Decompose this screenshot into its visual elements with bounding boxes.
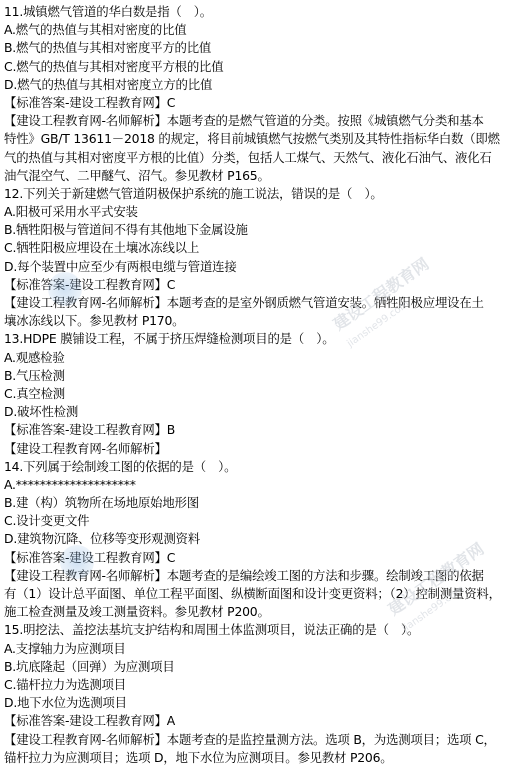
teacher-analysis: 【建设工程教育网-名师解析】	[4, 440, 505, 458]
option-a: A.燃气的热值与其相对密度的比值	[4, 21, 505, 39]
standard-answer: 【标准答案-建设工程教育网】C	[4, 276, 505, 294]
question-stem: 11.城镇燃气管道的华白数是指（ ）。	[4, 3, 505, 21]
question-stem: 14.下列属于绘制竣工图的依据的是（ ）。	[4, 458, 505, 476]
analysis-line: 锚杆拉力为应测项目；选项 D，地下水位为应测项目。参见教材 P206。	[4, 749, 505, 767]
analysis-line: 有（1）设计总平面图、单位工程平面图、纵横断面图和设计变更资料；（2）控制测量资…	[4, 585, 505, 603]
question-stem: 15.明挖法、盖挖法基坑支护结构和周围土体监测项目，说法正确的是（ ）。	[4, 621, 505, 639]
analysis-line: 【建设工程教育网-名师解析】本题考查的是室外钢质燃气管道安装。牺牲阳极应埋设在土	[4, 294, 505, 312]
teacher-analysis: 【建设工程教育网-名师解析】本题考查的是编绘竣工图的方法和步骤。绘制竣工图的依据…	[4, 567, 505, 622]
standard-answer: 【标准答案-建设工程教育网】C	[4, 94, 505, 112]
analysis-line: 【建设工程教育网-名师解析】	[4, 440, 505, 458]
analysis-line: 【建设工程教育网-名师解析】本题考查的是燃气管道的分类。按照《城镇燃气分类和基本	[4, 112, 505, 130]
option-a: A.支撑轴力为应测项目	[4, 640, 505, 658]
question-stem: 12.下列关于新建燃气管道阴极保护系统的施工说法，错误的是（ ）。	[4, 185, 505, 203]
option-a: A.观感检验	[4, 349, 505, 367]
analysis-line: 【建设工程教育网-名师解析】本题考查的是编绘竣工图的方法和步骤。绘制竣工图的依据	[4, 567, 505, 585]
teacher-analysis: 【建设工程教育网-名师解析】本题考查的是燃气管道的分类。按照《城镇燃气分类和基本…	[4, 112, 505, 185]
document-page: 11.城镇燃气管道的华白数是指（ ）。 A.燃气的热值与其相对密度的比值 B.燃…	[4, 3, 505, 767]
question-stem: 13.HDPE 膜铺设工程，不属于挤压焊缝检测项目的是（ ）。	[4, 330, 505, 348]
option-c: C.真空检测	[4, 385, 505, 403]
option-c: C.锚杆拉力为选测项目	[4, 676, 505, 694]
analysis-line: 特性》GB/T 13611－2018 的规定，将目前城镇燃气按燃气类别及其特性指…	[4, 130, 505, 148]
option-b: B.牺牲阳极与管道间不得有其他地下金属设施	[4, 221, 505, 239]
option-b: B.燃气的热值与其相对密度平方的比值	[4, 39, 505, 57]
option-d: D.燃气的热值与其相对密度立方的比值	[4, 76, 505, 94]
standard-answer: 【标准答案-建设工程教育网】C	[4, 549, 505, 567]
option-a: A.阳极可采用水平式安装	[4, 203, 505, 221]
option-d: D.建筑物沉降、位移等变形观测资料	[4, 530, 505, 548]
question-13: 13.HDPE 膜铺设工程，不属于挤压焊缝检测项目的是（ ）。 A.观感检验 B…	[4, 330, 505, 457]
option-d: D.地下水位为选测项目	[4, 694, 505, 712]
option-b: B.建（构）筑物所在场地原始地形图	[4, 494, 505, 512]
analysis-line: 气的热值与其相对密度平方根的比值）分类，包括人工煤气、天然气、液化石油气、液化石	[4, 149, 505, 167]
standard-answer: 【标准答案-建设工程教育网】A	[4, 712, 505, 730]
option-b: B.坑底隆起（回弹）为应测项目	[4, 658, 505, 676]
standard-answer: 【标准答案-建设工程教育网】B	[4, 421, 505, 439]
option-c: C.燃气的热值与其相对密度平方根的比值	[4, 58, 505, 76]
analysis-line: 油气混空气、二甲醚气、沼气。参见教材 P165。	[4, 167, 505, 185]
question-11: 11.城镇燃气管道的华白数是指（ ）。 A.燃气的热值与其相对密度的比值 B.燃…	[4, 3, 505, 185]
teacher-analysis: 【建设工程教育网-名师解析】本题考查的是监控量测方法。选项 B，为选测项目；选项…	[4, 731, 505, 767]
option-a: A.********************	[4, 476, 505, 494]
option-c: C.牺牲阳极应埋设在土壤冰冻线以上	[4, 239, 505, 257]
option-d: D.破坏性检测	[4, 403, 505, 421]
question-15: 15.明挖法、盖挖法基坑支护结构和周围土体监测项目，说法正确的是（ ）。 A.支…	[4, 621, 505, 767]
analysis-line: 施工检查测量及竣工测量资料。参见教材 P200。	[4, 603, 505, 621]
analysis-line: 【建设工程教育网-名师解析】本题考查的是监控量测方法。选项 B，为选测项目；选项…	[4, 731, 505, 749]
teacher-analysis: 【建设工程教育网-名师解析】本题考查的是室外钢质燃气管道安装。牺牲阳极应埋设在土…	[4, 294, 505, 330]
option-d: D.每个装置中应至少有两根电缆与管道连接	[4, 258, 505, 276]
question-14: 14.下列属于绘制竣工图的依据的是（ ）。 A.****************…	[4, 458, 505, 622]
option-c: C.设计变更文件	[4, 512, 505, 530]
analysis-line: 壤冰冻线以下。参见教材 P170。	[4, 312, 505, 330]
option-b: B.气压检测	[4, 367, 505, 385]
question-12: 12.下列关于新建燃气管道阴极保护系统的施工说法，错误的是（ ）。 A.阳极可采…	[4, 185, 505, 331]
